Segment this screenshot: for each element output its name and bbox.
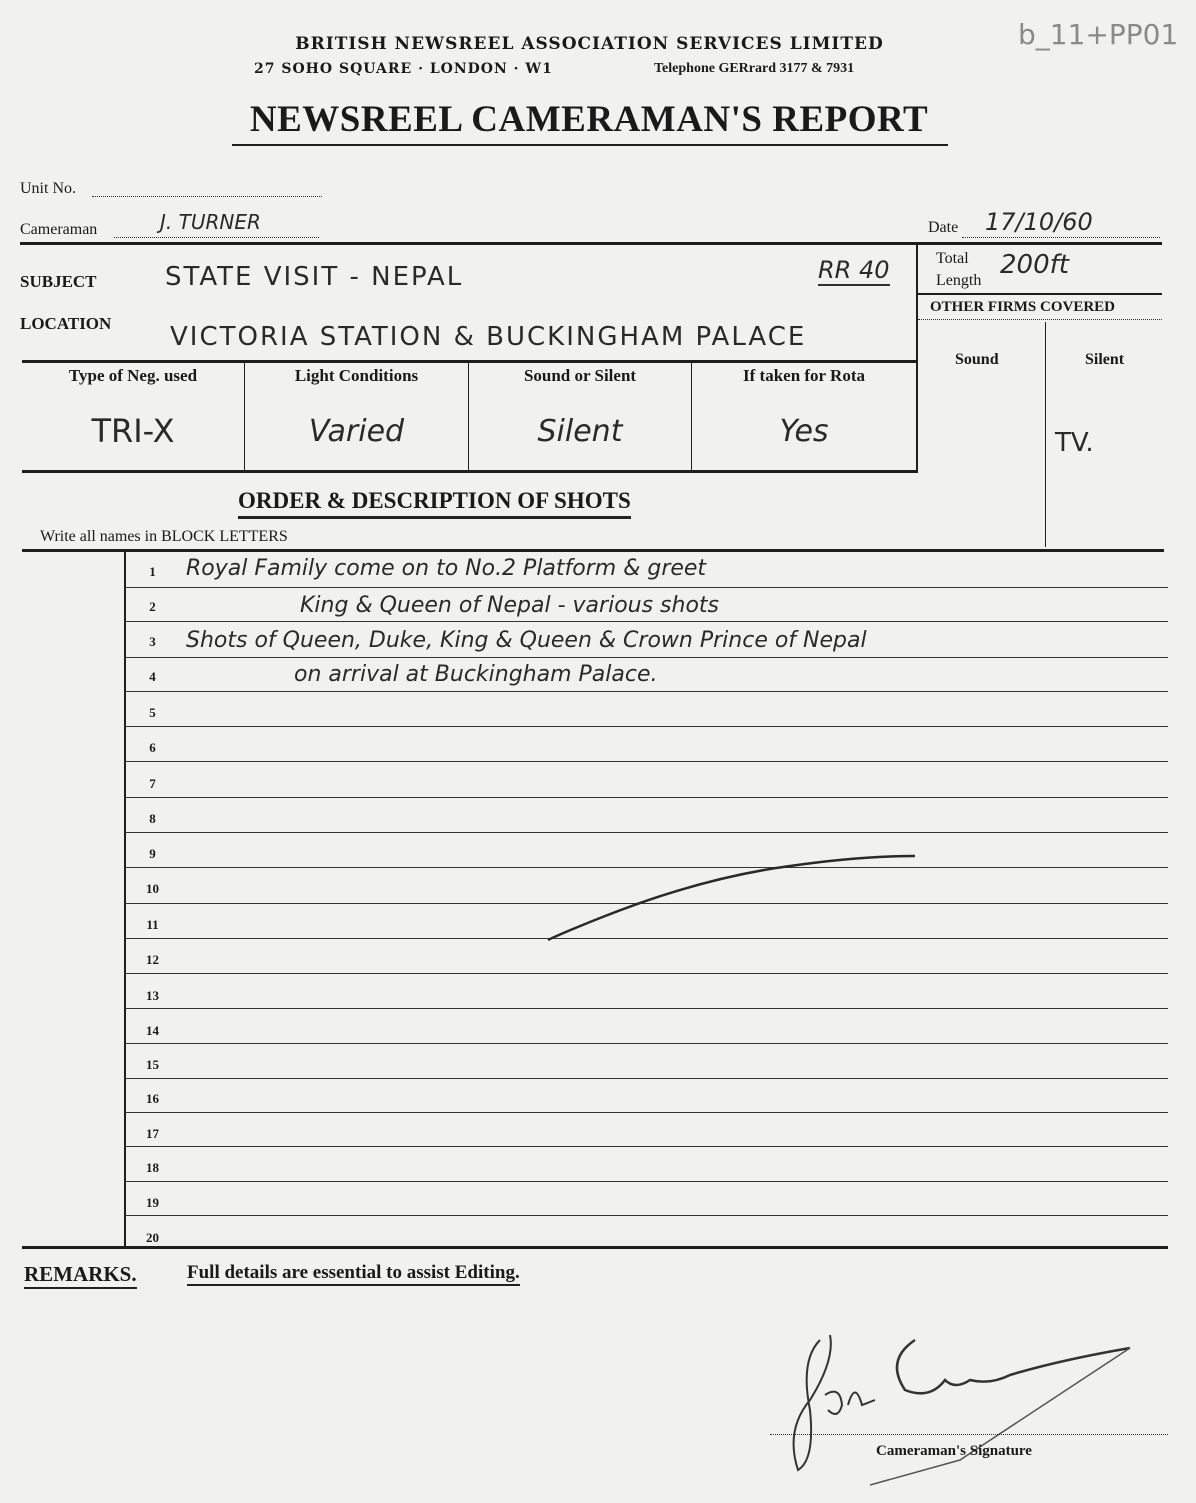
shot-number: 3: [130, 634, 175, 650]
shot-number: 10: [130, 881, 175, 897]
neg-type-value[interactable]: TRI-X: [22, 412, 244, 450]
other-firms-sound-label: Sound: [955, 351, 999, 369]
shot-row-rule: [125, 1181, 1168, 1182]
remarks-note: Full details are essential to assist Edi…: [187, 1262, 520, 1286]
rota-header: If taken for Rota: [692, 366, 916, 386]
shots-table-top-rule: [22, 549, 1164, 552]
title-underline: [232, 144, 948, 146]
signature-line: [770, 1420, 1168, 1435]
date-value: 17/10/60: [985, 208, 1093, 236]
shot-number: 17: [130, 1126, 175, 1142]
sound-silent-header: Sound or Silent: [469, 366, 691, 386]
shot-number: 13: [130, 988, 175, 1004]
other-firms-silent-label: Silent: [1085, 351, 1124, 369]
shot-number: 7: [130, 776, 175, 792]
shot-row-rule: [125, 903, 1168, 904]
shot-row-rule: [125, 1146, 1168, 1147]
unit-no-field[interactable]: [92, 182, 322, 197]
location-label: LOCATION: [20, 314, 111, 334]
date-label: Date: [928, 219, 958, 237]
shot-number: 11: [130, 917, 175, 933]
shot-description[interactable]: Shots of Queen, Duke, King & Queen & Cro…: [186, 628, 867, 653]
shot-description[interactable]: Royal Family come on to No.2 Platform & …: [186, 556, 706, 581]
neg-type-header: Type of Neg. used: [22, 366, 244, 386]
shot-row-rule: [125, 797, 1168, 798]
shot-number: 1: [130, 564, 175, 580]
total-length-label: Total Length: [936, 248, 981, 292]
total-label: Total: [936, 248, 981, 270]
shot-row-rule: [125, 867, 1168, 868]
shot-description[interactable]: King & Queen of Nepal - various shots: [300, 593, 719, 618]
shot-number: 4: [130, 669, 175, 685]
shot-row-rule: [125, 761, 1168, 762]
rota-value[interactable]: Yes: [692, 414, 916, 449]
shot-row-rule: [125, 938, 1168, 939]
subject-reference: RR 40: [818, 256, 890, 286]
organization-name: BRITISH NEWSREEL ASSOCIATION SERVICES LI…: [252, 34, 927, 54]
shot-number: 18: [130, 1160, 175, 1176]
archive-reference: b_11+PP01: [1018, 18, 1178, 51]
shot-number: 16: [130, 1091, 175, 1107]
shots-table-left-border: [124, 551, 126, 1248]
shot-row-rule: [125, 1008, 1168, 1009]
other-firms-column-divider: [1045, 322, 1046, 547]
other-firms-heading-rule: [918, 300, 1162, 320]
right-box-divider: [916, 242, 918, 472]
shot-number: 15: [130, 1057, 175, 1073]
cameraman-value: J. TURNER: [160, 210, 261, 234]
shot-number: 8: [130, 811, 175, 827]
remarks-field[interactable]: [24, 1295, 764, 1425]
shot-row-rule: [125, 1043, 1168, 1044]
signature-label: Cameraman's Signature: [876, 1443, 1032, 1460]
shot-number: 12: [130, 952, 175, 968]
shot-row-rule: [125, 1215, 1168, 1216]
shot-number: 14: [130, 1023, 175, 1039]
unit-no-label: Unit No.: [20, 180, 76, 198]
other-firms-top-rule: [918, 293, 1162, 295]
other-firms-silent-value[interactable]: TV.: [1055, 428, 1094, 458]
shot-row-rule: [125, 973, 1168, 974]
form-top-rule: [20, 242, 1162, 245]
shots-table-bottom-rule: [22, 1246, 1168, 1249]
shot-description[interactable]: on arrival at Buckingham Palace.: [294, 662, 658, 687]
shot-number: 2: [130, 599, 175, 615]
shot-row-rule: [125, 587, 1168, 588]
total-length-value[interactable]: 200ft: [1000, 250, 1069, 280]
shot-row-rule: [125, 832, 1168, 833]
details-table-bottom-rule: [22, 470, 918, 473]
length-label: Length: [936, 270, 981, 292]
shot-row-rule: [125, 726, 1168, 727]
shot-number: 6: [130, 740, 175, 756]
page-title: NEWSREEL CAMERAMAN'S REPORT: [228, 98, 950, 141]
shot-row-rule: [125, 691, 1168, 692]
subject-label: SUBJECT: [20, 272, 97, 292]
organization-telephone: Telephone GERrard 3177 & 7931: [654, 61, 854, 77]
organization-address: 27 SOHO SQUARE · LONDON · W1: [254, 61, 553, 77]
cameraman-label: Cameraman: [20, 221, 97, 239]
shot-number: 20: [130, 1230, 175, 1246]
shot-row-rule: [125, 1112, 1168, 1113]
shot-row-rule: [125, 657, 1168, 658]
details-table-top-rule: [22, 360, 918, 363]
shot-number: 5: [130, 705, 175, 721]
subject-value[interactable]: STATE VISIT - NEPAL: [165, 262, 463, 292]
shot-number: 19: [130, 1195, 175, 1211]
shot-row-rule: [125, 1078, 1168, 1079]
sound-silent-value[interactable]: Silent: [469, 414, 691, 449]
location-value[interactable]: VICTORIA STATION & BUCKINGHAM PALACE: [170, 322, 806, 352]
shot-number: 9: [130, 846, 175, 862]
shot-row-rule: [125, 621, 1168, 622]
shots-instruction: Write all names in BLOCK LETTERS: [40, 528, 288, 546]
shots-heading: ORDER & DESCRIPTION OF SHOTS: [238, 488, 631, 519]
light-conditions-header: Light Conditions: [245, 366, 468, 386]
remarks-label: REMARKS.: [24, 1262, 137, 1289]
light-conditions-value[interactable]: Varied: [245, 414, 468, 449]
